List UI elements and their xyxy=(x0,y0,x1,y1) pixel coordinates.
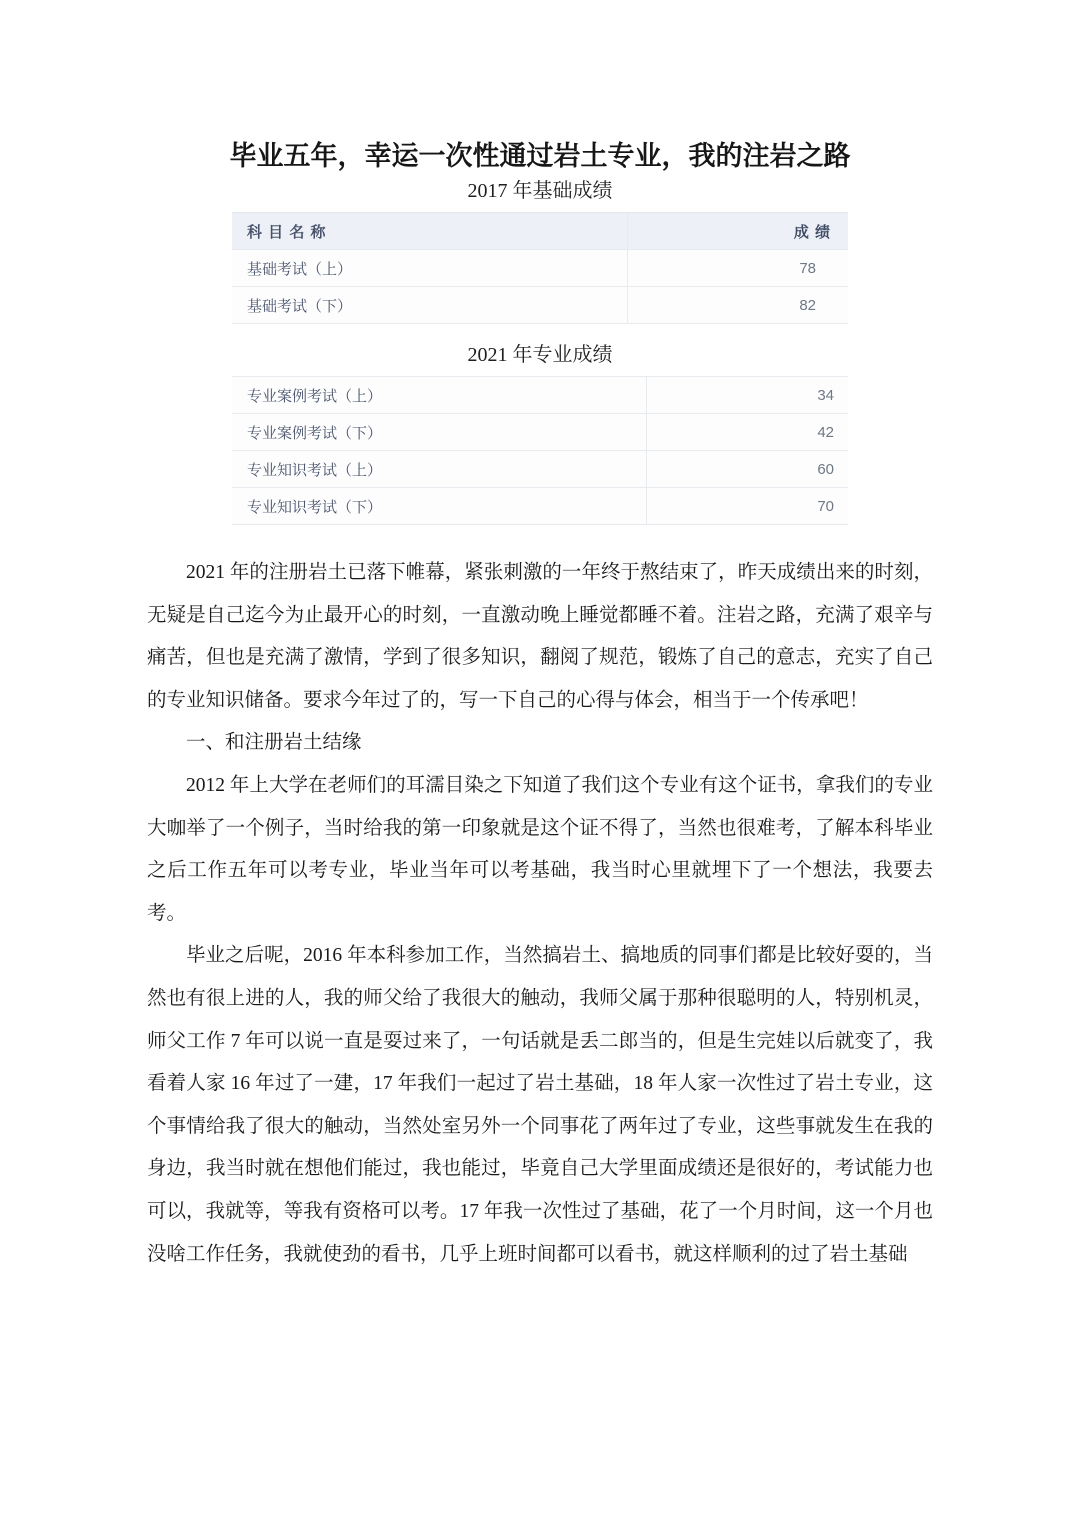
paragraph: 毕业之后呢，2016 年本科参加工作，当然搞岩土、搞地质的同事们都是比较好耍的，… xyxy=(147,935,933,1276)
score-cell: 34 xyxy=(646,377,848,413)
paragraph: 2021 年的注册岩土已落下帷幕，紧张刺激的一年终于熬结束了，昨天成绩出来的时刻… xyxy=(147,552,933,722)
score-table-2017: 科 目 名 称 成 绩 基础考试（上） 78 基础考试（下） 82 xyxy=(232,212,848,324)
score-table-2021: 专业案例考试（上） 34 专业案例考试（下） 42 专业知识考试（上） 60 专… xyxy=(232,376,848,525)
paragraph: 2012 年上大学在老师们的耳濡目染之下知道了我们这个专业有这个证书，拿我们的专… xyxy=(147,765,933,935)
table-caption-2021: 2021 年专业成绩 xyxy=(147,343,933,367)
table-caption-2017: 2017 年基础成绩 xyxy=(147,179,933,203)
subject-cell: 基础考试（下） xyxy=(232,295,627,316)
score-cell: 42 xyxy=(646,414,848,450)
subject-cell: 专业知识考试（上） xyxy=(232,459,646,480)
score-cell: 78 xyxy=(627,250,848,286)
article-body: 2021 年的注册岩土已落下帷幕，紧张刺激的一年终于熬结束了，昨天成绩出来的时刻… xyxy=(147,552,933,1276)
page-title: 毕业五年，幸运一次性通过岩土专业，我的注岩之路 xyxy=(147,140,933,172)
subject-cell: 专业案例考试（上） xyxy=(232,385,646,406)
table-row: 专业案例考试（上） 34 xyxy=(232,376,848,413)
table-row: 专业知识考试（上） 60 xyxy=(232,450,848,487)
table-row: 专业案例考试（下） 42 xyxy=(232,413,848,450)
table-row: 基础考试（下） 82 xyxy=(232,286,848,323)
document-content: 毕业五年，幸运一次性通过岩土专业，我的注岩之路 2017 年基础成绩 科 目 名… xyxy=(0,0,1080,1276)
section-heading: 一、和注册岩土结缘 xyxy=(147,722,933,765)
score-cell: 60 xyxy=(646,451,848,487)
table-row: 基础考试（上） 78 xyxy=(232,249,848,286)
subject-cell: 专业知识考试（下） xyxy=(232,496,646,517)
score-cell: 70 xyxy=(646,488,848,524)
score-cell: 82 xyxy=(627,287,848,323)
subject-cell: 专业案例考试（下） xyxy=(232,422,646,443)
subject-cell: 基础考试（上） xyxy=(232,258,627,279)
table-row: 专业知识考试（下） 70 xyxy=(232,487,848,524)
header-score: 成 绩 xyxy=(627,213,848,249)
header-subject: 科 目 名 称 xyxy=(232,221,627,242)
document-page: 毕业五年，幸运一次性通过岩土专业，我的注岩之路 2017 年基础成绩 科 目 名… xyxy=(0,0,1080,1522)
table-header-row: 科 目 名 称 成 绩 xyxy=(232,212,848,249)
